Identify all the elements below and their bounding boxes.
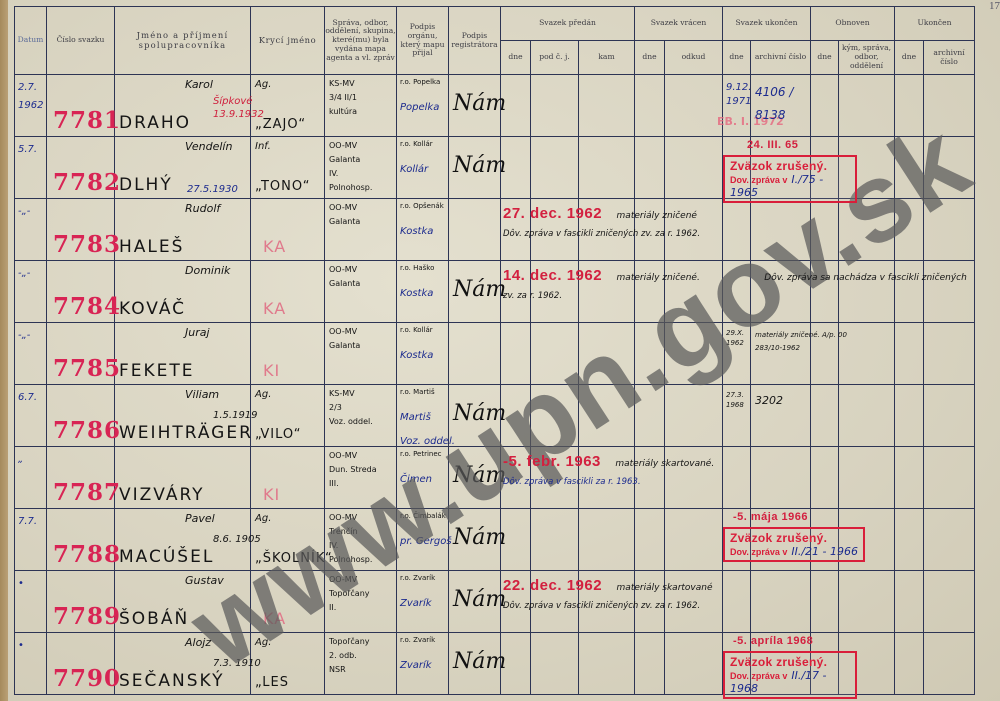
sprava-line: OO-MV [329, 451, 357, 460]
sprava-line: IV. [329, 169, 338, 178]
cell-podpis-organu: r.o. ZvaríkZvarík [397, 633, 449, 695]
organ-name: r.o. Zvarík [400, 636, 435, 644]
cell-ukoncen-archivni-cislo: materiály zničené. A/p. 00 283/10-1962 [751, 323, 811, 385]
file-number: 7789 [53, 603, 121, 630]
file-number: 7788 [53, 541, 121, 568]
agent-type: Ag. [255, 389, 271, 400]
cell-cislo: 7790 [47, 633, 115, 695]
organ-signature: Zvarík [400, 660, 432, 671]
header-svazek-predan: Svazek předán [501, 7, 635, 41]
cell-sprava: KS-MV3/4 II/1kultúra [325, 75, 397, 137]
cell-ukoncen2-archivni-cislo [924, 323, 975, 385]
sprava-line: III. [329, 479, 339, 488]
cell-vracen-dne [635, 633, 665, 695]
subheader-pod-cj: pod č. j. [531, 41, 579, 75]
ledger-row: • 7789 Gustav ŠOBÁŇ KA OO-MVTopoľčanyII.… [15, 571, 975, 633]
subheader-kym: kým, správa, odbor, oddělení [839, 41, 895, 75]
cover-name: KI [263, 361, 280, 380]
header-podpis-registratora: Podpis registrátora [449, 7, 501, 75]
entry-date: 6.7. [18, 389, 46, 407]
cell-cislo: 7785 [47, 323, 115, 385]
header-sprava: Správa, odbor, oddělení, skupina, které(… [325, 7, 397, 75]
cell-kryci: Ag. „ZAJO“ [251, 75, 325, 137]
cell-predan-pod-cj [531, 385, 579, 447]
handover-note: materiály skartované. [615, 459, 714, 469]
handover-note: materiály zničené [617, 211, 697, 221]
organ-signature: Martiš [400, 412, 431, 423]
stamp-title: Zväzok zrušený. [730, 655, 850, 669]
cell-kryci: Ag. „LES [251, 633, 325, 695]
ledger-row: -„- 7785 Juraj FEKETE KI OO-MVGalanta r.… [15, 323, 975, 385]
cell-ukoncen-dne: 24. III. 65 Zväzok zrušený. Dov. zpráva … [723, 137, 751, 199]
cell-predan-kam [579, 75, 635, 137]
subheader-dne: dne [501, 41, 531, 75]
cell-predan-kam [579, 509, 635, 571]
sprava-line: OO-MV [329, 265, 357, 274]
organ-name: r.o. Zvarík [400, 574, 435, 582]
cell-vracen-dne [635, 323, 665, 385]
cell-ukoncen2-archivni-cislo [924, 633, 975, 695]
file-number: 7785 [53, 355, 121, 382]
sprava-line: KS-MV [329, 389, 355, 398]
organ-signature: Popelka [400, 102, 439, 113]
cell-predan-kam [579, 137, 635, 199]
cell-datum: -„- [15, 261, 47, 323]
ledger-row: 2.7. 1962 7781 Karol DRAHO Šípkové 13.9.… [15, 75, 975, 137]
cell-datum: • [15, 571, 47, 633]
cancelled-file-stamp: Zväzok zrušený. Dov. zpráva vI./75 - 196… [723, 155, 857, 203]
sprava-line: NSR [329, 665, 346, 674]
ledger-row: 6.7. 7786 Viliam WEIHTRÄGER 1.5.1919 Ag.… [15, 385, 975, 447]
cell-obnoven-dne [811, 75, 839, 137]
cover-name: „ŠKOLNÍK“ [255, 551, 333, 566]
sprava-line: KS-MV [329, 79, 355, 88]
ledger-row: „ 7787 VIZVÁRY KI OO-MVDun. StredaIII. r… [15, 447, 975, 509]
cell-predan-dne [501, 137, 531, 199]
cancelled-file-stamp: Zväzok zrušený. Dov. zpráva vII./17 - 19… [723, 651, 857, 699]
header-svazek-ukoncen: Svazek ukončen [723, 7, 811, 41]
cell-predan-dne: -5. febr. 1963 materiály skartované. Dôv… [501, 447, 531, 509]
birth-info: 27.5.1930 [187, 183, 237, 196]
sprava-line: 2. odb. [329, 651, 357, 660]
cell-kryci: KI [251, 447, 325, 509]
header-svazek-vracen: Svazek vrácen [635, 7, 723, 41]
first-name: Pavel [185, 512, 215, 525]
surname: DLHÝ [119, 175, 173, 195]
first-name: Viliam [185, 388, 219, 401]
cancelled-file-stamp: Zväzok zrušený. Dov. zpráva vII./21 - 19… [723, 527, 865, 562]
cell-vracen-odkud [665, 385, 723, 447]
cell-cislo: 7781 [47, 75, 115, 137]
cell-ukoncen2-dne [895, 75, 924, 137]
organ-name: r.o. Petrinec [400, 450, 442, 458]
header-obnoven: Obnoven [811, 7, 895, 41]
organ-name: r.o. Kollár [400, 140, 433, 148]
handover-note-extra: Dôv. zpráva sa nachádza v fascikli zniče… [764, 273, 967, 283]
handover-date: 27. dec. 1962 [503, 205, 602, 222]
handover-date: 22. dec. 1962 [503, 577, 602, 594]
organ-name: r.o. Kollár [400, 326, 433, 334]
cover-name: „TONO“ [255, 179, 311, 194]
cancel-date-stamp: -5. mája 1966 [733, 511, 893, 523]
cell-kryci: KA [251, 261, 325, 323]
handover-note: materiály zničené. [617, 273, 700, 283]
cell-ukoncen2-dne [895, 509, 924, 571]
cell-ukoncen-dne: 9.12. 1971EB. I. 1972 [723, 75, 751, 137]
cell-predan-pod-cj [531, 75, 579, 137]
surname: MACÚŠEL [119, 547, 214, 567]
cell-ukoncen2-dne [895, 323, 924, 385]
registrar-signature: Nám [453, 525, 506, 550]
cell-podpis-registratora: Nám [449, 633, 501, 695]
file-number: 7786 [53, 417, 121, 444]
cell-sprava: KS-MV2/3Voz. oddel. [325, 385, 397, 447]
header-datum: Datum [15, 7, 47, 75]
header-ukoncen: Ukončen [895, 7, 975, 41]
cell-obnoven-dne [811, 385, 839, 447]
cell-cislo: 7782 [47, 137, 115, 199]
cell-predan-dne [501, 509, 531, 571]
cell-cislo: 7783 [47, 199, 115, 261]
first-name: Gustav [185, 574, 224, 587]
cell-predan-dne: 22. dec. 1962 materiály skartované Dôv. … [501, 571, 531, 633]
surname: WEIHTRÄGER [119, 423, 253, 443]
cell-sprava: OO-MVTopoľčanyII. [325, 571, 397, 633]
first-name: Alojz [185, 636, 211, 649]
cell-podpis-organu: r.o. ZvaríkZvarík [397, 571, 449, 633]
cell-jmeno: VIZVÁRY [115, 447, 251, 509]
organ-signature: Kostka [400, 350, 433, 361]
closed-date: 9.12. 1971 [726, 81, 752, 109]
cell-cislo: 7787 [47, 447, 115, 509]
sprava-line: 3/4 II/1 [329, 93, 357, 102]
cell-obnoven-kym [839, 75, 895, 137]
subheader-odkud: odkud [665, 41, 723, 75]
cell-jmeno: Vendelín DLHÝ 27.5.1930 [115, 137, 251, 199]
organ-signature: Voz. oddel. [400, 436, 455, 447]
cell-podpis-organu: r.o. OpšenákKostka [397, 199, 449, 261]
sprava-line: Voz. oddel. [329, 417, 373, 426]
cell-kryci: KA [251, 571, 325, 633]
cell-vracen-dne [635, 137, 665, 199]
surname: DRAHO [119, 113, 191, 133]
organ-signature: Kostka [400, 288, 433, 299]
closed-archive-number: materiály zničené. A/p. 00 283/10-1962 [755, 329, 855, 356]
subheader-kam: kam [579, 41, 635, 75]
file-number: 7787 [53, 479, 121, 506]
cell-jmeno: Dominik KOVÁČ [115, 261, 251, 323]
cell-datum: 5.7. [15, 137, 47, 199]
file-number: 7790 [53, 665, 121, 692]
subheader-dne: dne [635, 41, 665, 75]
first-name: Juraj [185, 326, 210, 339]
cell-datum: 6.7. [15, 385, 47, 447]
cell-kryci: KA [251, 199, 325, 261]
subheader-dne: dne [811, 41, 839, 75]
handover-note: materiály skartované [617, 583, 713, 593]
cell-ukoncen2-archivni-cislo [924, 509, 975, 571]
cell-predan-kam [579, 633, 635, 695]
cell-vracen-dne [635, 509, 665, 571]
sprava-line: Topoľčany [329, 637, 370, 646]
cell-predan-dne: 14. dec. 1962 materiály zničené. Dôv. zp… [501, 261, 531, 323]
cell-sprava: OO-MVGalanta [325, 261, 397, 323]
surname: VIZVÁRY [119, 485, 205, 505]
cell-sprava: OO-MVGalanta [325, 323, 397, 385]
cell-predan-dne [501, 385, 531, 447]
cell-sprava: OO-MVGalanta [325, 199, 397, 261]
cell-ukoncen-dne: -5. apríla 1968 Zväzok zrušený. Dov. zpr… [723, 633, 751, 695]
registrar-signature: Nám [453, 277, 506, 302]
cell-datum: „ [15, 447, 47, 509]
cell-jmeno: Rudolf HALEŠ [115, 199, 251, 261]
subheader-dne: dne [723, 41, 751, 75]
cell-predan-dne [501, 323, 531, 385]
cell-jmeno: Karol DRAHO Šípkové 13.9.1932 [115, 75, 251, 137]
cell-ukoncen2-dne [895, 137, 924, 199]
cell-kryci: Ag. „ŠKOLNÍK“ [251, 509, 325, 571]
sprava-line: OO-MV [329, 141, 357, 150]
cell-ukoncen-dne: -5. mája 1966 Zväzok zrušený. Dov. zpráv… [723, 509, 751, 571]
cell-jmeno: Pavel MACÚŠEL 8.6. 1905 [115, 509, 251, 571]
closed-archive-number: 4106 / 8138 [755, 81, 807, 127]
ledger-row: -„- 7783 Rudolf HALEŠ KA OO-MVGalanta r.… [15, 199, 975, 261]
cover-name: „VILO“ [255, 427, 302, 442]
organ-name: r.o. Martiš [400, 388, 435, 396]
sprava-line: IV. [329, 541, 338, 550]
cell-podpis-registratora: Nám [449, 261, 501, 323]
cell-podpis-organu: r.o. MartišMartišVoz. oddel. [397, 385, 449, 447]
cell-datum: • [15, 633, 47, 695]
subheader-archivni-cislo: archivní číslo [751, 41, 811, 75]
ledger-row: 5.7. 7782 Vendelín DLHÝ 27.5.1930 Inf. „… [15, 137, 975, 199]
surname: FEKETE [119, 361, 195, 381]
closed-date: 27.3. 1968 [726, 391, 752, 411]
entry-date: 7.7. [18, 513, 46, 531]
sprava-line: Polnohosp. [329, 555, 372, 564]
sprava-line: OO-MV [329, 513, 357, 522]
cell-podpis-organu: r.o. KollárKollár [397, 137, 449, 199]
cell-jmeno: Juraj FEKETE [115, 323, 251, 385]
sprava-line: 2/3 [329, 403, 342, 412]
file-number: 7781 [53, 107, 121, 134]
cell-kryci: Ag. „VILO“ [251, 385, 325, 447]
entry-date: • [18, 575, 46, 593]
registrar-signature: Nám [453, 463, 506, 488]
first-name: Rudolf [185, 202, 220, 215]
sprava-line: Galanta [329, 217, 360, 226]
entry-date: • [18, 637, 46, 655]
cell-ukoncen-archivni-cislo: 3202 [751, 385, 811, 447]
cell-vracen-odkud [665, 633, 723, 695]
cell-predan-pod-cj [531, 323, 579, 385]
surname: KOVÁČ [119, 299, 186, 319]
handover-report: zv. za r. 1962. [503, 291, 1000, 301]
header-jmeno: Jméno a příjmení spolupracovníka [115, 7, 251, 75]
cell-kryci: KI [251, 323, 325, 385]
sprava-line: OO-MV [329, 575, 357, 584]
entry-date: -„- [18, 327, 46, 345]
subheader-archivni-cislo: archivní číslo [924, 41, 975, 75]
organ-name: r.o. Opšenák [400, 202, 444, 210]
cell-podpis-organu: r.o. Čimbalákpr. Gergoš [397, 509, 449, 571]
cell-datum: 7.7. [15, 509, 47, 571]
cell-ukoncen2-archivni-cislo [924, 75, 975, 137]
cell-ukoncen-dne: 29.X. 1962 [723, 323, 751, 385]
handover-report: Dôv. zpráva v fascikli zničených zv. za … [503, 601, 1000, 611]
cover-name: KI [263, 485, 280, 504]
agent-type: Ag. [255, 637, 271, 648]
registrar-signature: Nám [453, 401, 506, 426]
ledger-row: -„- 7784 Dominik KOVÁČ KA OO-MVGalanta r… [15, 261, 975, 323]
ledger-row: • 7790 Alojz SEČANSKÝ 7.3. 1910 Ag. „LES… [15, 633, 975, 695]
cell-podpis-registratora [449, 199, 501, 261]
cell-ukoncen-archivni-cislo: 4106 / 8138 [751, 75, 811, 137]
handover-date: -5. febr. 1963 [503, 453, 601, 470]
surname: SEČANSKÝ [119, 671, 224, 691]
registrar-signature: Nám [453, 91, 506, 116]
cell-predan-pod-cj [531, 509, 579, 571]
organ-signature: pr. Gergoš [400, 536, 452, 547]
file-number: 7783 [53, 231, 121, 258]
stamp-report-ref: II./21 - 1966 [791, 545, 858, 558]
cell-cislo: 7784 [47, 261, 115, 323]
agent-type: Ag. [255, 79, 271, 90]
entry-date: 2.7. 1962 [18, 79, 46, 115]
cancel-date-stamp: 24. III. 65 [747, 139, 893, 151]
cell-cislo: 7789 [47, 571, 115, 633]
cell-vracen-odkud [665, 509, 723, 571]
cell-predan-dne [501, 75, 531, 137]
agent-type: Ag. [255, 513, 271, 524]
cover-name: KA [263, 299, 286, 318]
organ-signature: Čimen [400, 474, 432, 485]
cell-podpis-registratora: Nám [449, 509, 501, 571]
ledger-row: 7.7. 7788 Pavel MACÚŠEL 8.6. 1905 Ag. „Š… [15, 509, 975, 571]
cover-name: KA [263, 237, 286, 256]
cell-predan-kam [579, 323, 635, 385]
cell-predan-pod-cj [531, 633, 579, 695]
entry-date: 5.7. [18, 141, 46, 159]
sprava-line: kultúra [329, 107, 357, 116]
registry-ledger-table: Datum Číslo svazku Jméno a příjmení spol… [14, 6, 975, 695]
sprava-line: II. [329, 603, 336, 612]
cell-ukoncen2-dne [895, 385, 924, 447]
sprava-line: Topoľčany [329, 589, 370, 598]
cell-kryci: Inf. „TONO“ [251, 137, 325, 199]
organ-name: r.o. Čimbalák [400, 512, 446, 520]
cell-podpis-organu: r.o. PopelkaPopelka [397, 75, 449, 137]
cell-podpis-organu: r.o. HaškoKostka [397, 261, 449, 323]
sprava-line: OO-MV [329, 327, 357, 336]
cell-podpis-registratora: Nám [449, 571, 501, 633]
cell-cislo: 7786 [47, 385, 115, 447]
sprava-line: Galanta [329, 279, 360, 288]
cell-sprava: OO-MVGalantaIV.Polnohosp. [325, 137, 397, 199]
registrar-signature: Nám [453, 587, 506, 612]
cell-ukoncen2-archivni-cislo [924, 137, 975, 199]
stamp-title: Zväzok zrušený. [730, 531, 858, 545]
cell-jmeno: Viliam WEIHTRÄGER 1.5.1919 [115, 385, 251, 447]
cell-vracen-odkud [665, 137, 723, 199]
sprava-line: OO-MV [329, 203, 357, 212]
cell-predan-dne: 27. dec. 1962 materiály zničené Dôv. zpr… [501, 199, 531, 261]
cell-vracen-odkud [665, 75, 723, 137]
cell-vracen-odkud [665, 323, 723, 385]
surname: ŠOBÁŇ [119, 609, 189, 629]
stamp-report-label: Dov. zpráva v [730, 547, 787, 557]
file-number: 7784 [53, 293, 121, 320]
cell-cislo: 7788 [47, 509, 115, 571]
cell-sprava: OO-MVDun. StredaIII. [325, 447, 397, 509]
first-name: Karol [185, 78, 213, 91]
stamp-title: Zväzok zrušený. [730, 159, 850, 173]
sprava-line: Trenčín [329, 527, 358, 536]
cover-name: KA [263, 609, 286, 628]
stamp-report-label: Dov. zpráva v [730, 175, 787, 185]
first-name: Vendelín [185, 140, 232, 153]
cell-vracen-dne [635, 385, 665, 447]
cover-name: „ZAJO“ [255, 117, 306, 132]
cell-podpis-registratora: Nám [449, 447, 501, 509]
header-kryci-jmeno: Krycí jméno [251, 7, 325, 75]
closed-archive-number: 3202 [755, 391, 807, 412]
surname: HALEŠ [119, 237, 184, 257]
sprava-line: Polnohosp. [329, 183, 372, 192]
cell-obnoven-kym [839, 385, 895, 447]
organ-signature: Zvarík [400, 598, 432, 609]
sprava-line: Dun. Streda [329, 465, 377, 474]
cell-datum: -„- [15, 199, 47, 261]
organ-signature: Kollár [400, 164, 428, 175]
closed-date: 29.X. 1962 [726, 329, 752, 349]
cell-sprava: Topoľčany2. odb.NSR [325, 633, 397, 695]
handover-date: 14. dec. 1962 [503, 267, 602, 284]
handover-report: Dôv. zpráva v fascikli za r. 1963. [503, 477, 1000, 487]
cover-name: „LES [255, 675, 289, 690]
cell-jmeno: Gustav ŠOBÁŇ [115, 571, 251, 633]
header-cislo-svazku: Číslo svazku [47, 7, 115, 75]
cell-predan-kam [579, 385, 635, 447]
header-podpis-organu: Podpis orgánu, který mapu přijal [397, 7, 449, 75]
cell-vracen-dne [635, 75, 665, 137]
cell-datum: -„- [15, 323, 47, 385]
cell-podpis-registratora [449, 323, 501, 385]
cell-sprava: OO-MVTrenčínIV.Polnohosp. [325, 509, 397, 571]
entry-date: -„- [18, 265, 46, 283]
entry-date: -„- [18, 203, 46, 221]
organ-name: r.o. Haško [400, 264, 434, 272]
sprava-line: Galanta [329, 341, 360, 350]
organ-signature: Kostka [400, 226, 433, 237]
organ-name: r.o. Popelka [400, 78, 440, 86]
subheader-dne: dne [895, 41, 924, 75]
first-name: Dominik [185, 264, 230, 277]
cell-podpis-registratora: Nám [449, 75, 501, 137]
handover-report: Dôv. zpráva v fascikli zničených zv. za … [503, 229, 1000, 239]
cell-ukoncen2-archivni-cislo [924, 385, 975, 447]
page-marker: 17 [989, 0, 1000, 12]
cell-podpis-organu: r.o. PetrinecČimen [397, 447, 449, 509]
registrar-signature: Nám [453, 153, 506, 178]
cell-predan-pod-cj [531, 137, 579, 199]
agent-type: Inf. [255, 141, 271, 152]
cell-jmeno: Alojz SEČANSKÝ 7.3. 1910 [115, 633, 251, 695]
cancel-date-stamp: -5. apríla 1968 [733, 635, 893, 647]
cell-ukoncen2-dne [895, 633, 924, 695]
sprava-line: Galanta [329, 155, 360, 164]
file-number: 7782 [53, 169, 121, 196]
